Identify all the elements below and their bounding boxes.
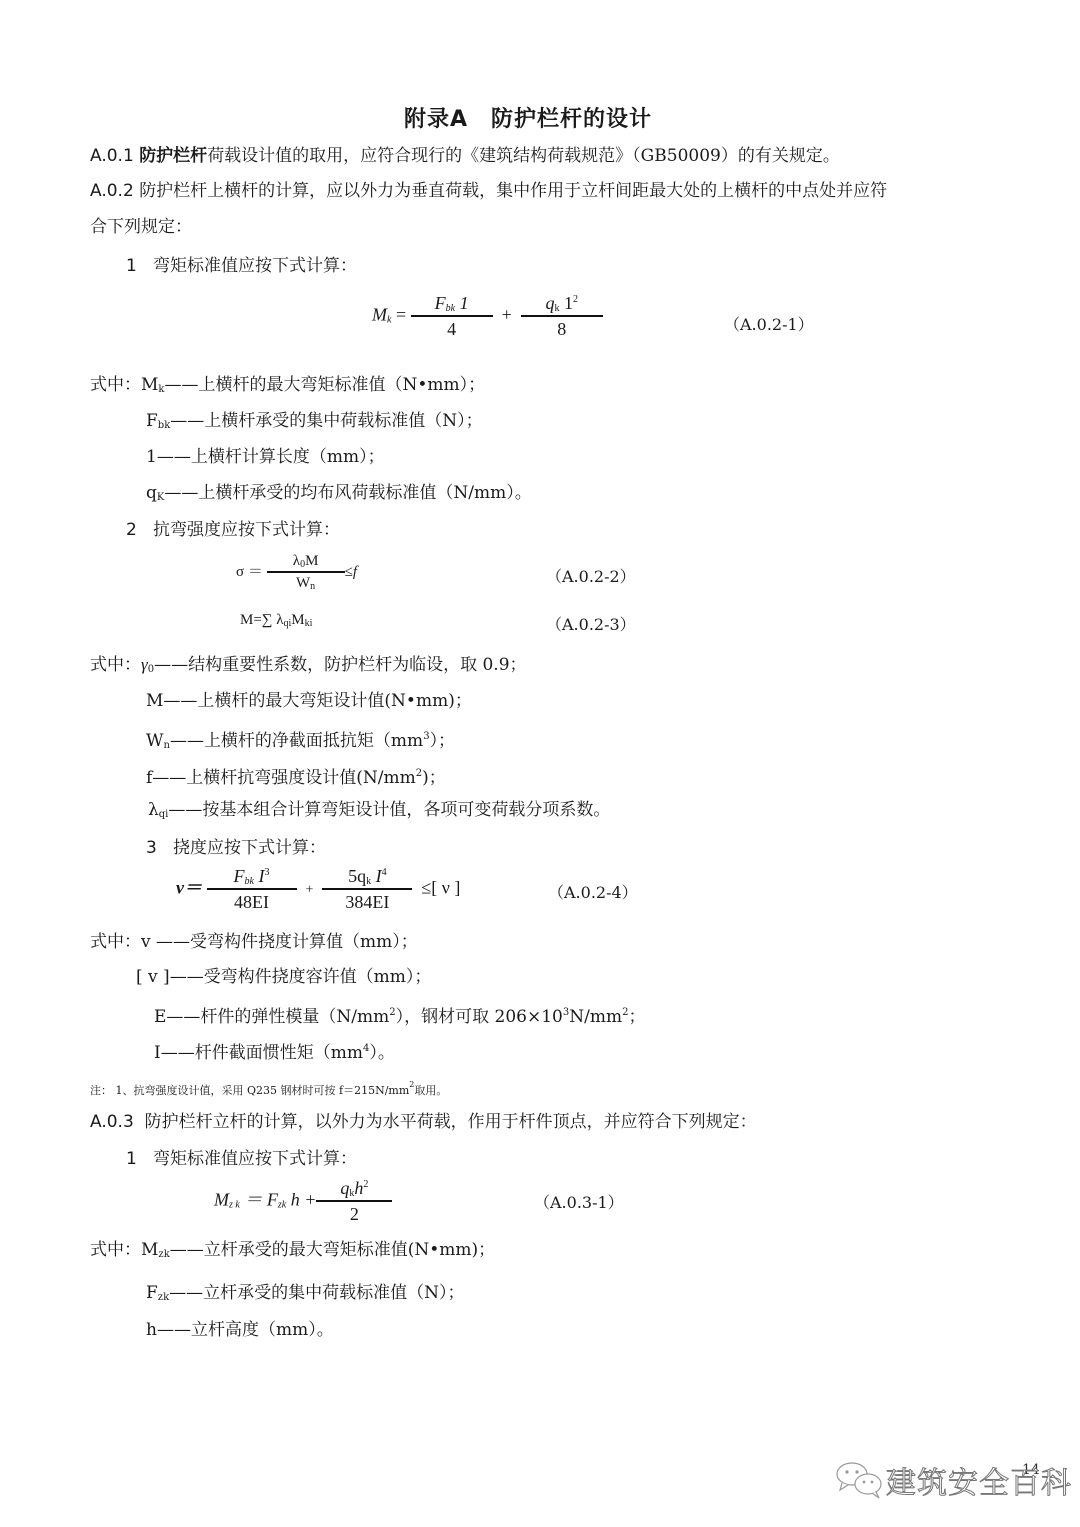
equation-a02-1: Mk = Fbk 1 4 + qk 12 8 xyxy=(372,293,603,340)
definition-row: M——上横杆的最大弯矩设计值(N•mm)； xyxy=(146,691,472,711)
definition-row: 1——上横杆计算长度（mm）； xyxy=(146,447,385,467)
equation-label: （A.0.2-1） xyxy=(724,312,814,335)
definition-row: 式中：Mk——上横杆的最大弯矩标准值（N•mm）； xyxy=(90,375,485,400)
definition-row: 式中：Mzk——立杆承受的最大弯矩标准值(N•mm)； xyxy=(90,1240,495,1265)
definition-row: Fbk——上横杆承受的集中荷载标准值（N）； xyxy=(146,411,483,436)
equation-a02-2: σ ＝ λ0M Wn ≤f xyxy=(236,553,357,592)
definition-row: h——立杆高度（mm）。 xyxy=(146,1320,334,1340)
clause-number: A.0.2 xyxy=(90,181,134,201)
definition-row: Wn——上横杆的净截面抵抗矩（mm3）； xyxy=(146,727,455,756)
clause-term: 防护栏杆 xyxy=(139,146,207,166)
equation-a03-1: Mz k ＝ Fzk h + qkh2 2 xyxy=(214,1178,392,1225)
page-title: 附录A 防护栏杆的设计 xyxy=(404,102,652,133)
definition-row: E——杆件的弹性模量（N/mm2），钢材可取 206×103N/mm2； xyxy=(154,1003,645,1027)
definition-row: f——上横杆抗弯强度设计值(N/mm2)； xyxy=(146,764,446,788)
clause-a01: A.0.1 防护栏杆荷载设计值的取用，应符合现行的《建筑结构荷载规范》（GB50… xyxy=(90,146,840,166)
clause-a03: A.0.3 防护栏杆立杆的计算，以外力为水平荷载，作用于杆件顶点，并应符合下列规… xyxy=(90,1112,757,1132)
definition-row: λqi——按基本组合计算弯矩设计值，各项可变荷载分项系数。 xyxy=(148,800,610,825)
item-a03-1: 1 弯矩标准值应按下式计算： xyxy=(126,1149,357,1169)
note: 注： 1、抗弯强度设计值，采用 Q235 钢材时可按 f＝215N/mm2取用。 xyxy=(90,1080,447,1098)
definition-row: [ v ]——受弯构件挠度容许值（mm）； xyxy=(136,967,431,987)
equation-label: （A.0.2-3） xyxy=(546,612,636,635)
definition-row: 式中：γ0——结构重要性系数，防护栏杆为临设，取 0.9； xyxy=(90,655,527,680)
wechat-icon xyxy=(834,1460,888,1500)
item-a02-2: 2 抗弯强度应按下式计算： xyxy=(126,520,340,540)
item-a02-1: 1 弯矩标准值应按下式计算： xyxy=(126,256,357,276)
clause-number: A.0.1 xyxy=(90,146,134,166)
equation-label: （A.0.2-2） xyxy=(546,564,636,587)
item-a02-3: 3 挠度应按下式计算： xyxy=(146,838,326,858)
equation-a02-4: v＝ Fbk I3 48EI + 5qk I4 384EI ≤[ ν ] xyxy=(176,866,460,913)
clause-a02-line2: 合下列规定： xyxy=(90,217,192,237)
clause-text: 荷载设计值的取用，应符合现行的《建筑结构荷载规范》（GB50009）的有关规定。 xyxy=(207,146,840,166)
definition-row: I——杆件截面惯性矩（mm4）。 xyxy=(154,1039,395,1063)
watermark-text: 建筑安全百科 xyxy=(886,1458,1072,1502)
definition-row: 式中：v ——受弯构件挠度计算值（mm）； xyxy=(90,932,418,952)
definition-row: qK——上横杆承受的均布风荷载标准值（N/mm）。 xyxy=(146,483,532,508)
item-number: 1 xyxy=(126,256,137,276)
clause-text: 防护栏杆上横杆的计算，应以外力为垂直荷载，集中作用于立杆间距最大处的上横杆的中点… xyxy=(139,181,887,201)
definition-row: Fzk——立杆承受的集中荷载标准值（N）； xyxy=(146,1283,465,1308)
equation-a02-3: M=∑ λqiMki xyxy=(240,612,312,629)
equation-label: （A.0.3-1） xyxy=(534,1190,624,1213)
clause-a02: A.0.2 防护栏杆上横杆的计算，应以外力为垂直荷载，集中作用于立杆间距最大处的… xyxy=(90,181,887,201)
equation-label: （A.0.2-4） xyxy=(548,880,638,903)
item-text: 弯矩标准值应按下式计算： xyxy=(153,256,357,276)
